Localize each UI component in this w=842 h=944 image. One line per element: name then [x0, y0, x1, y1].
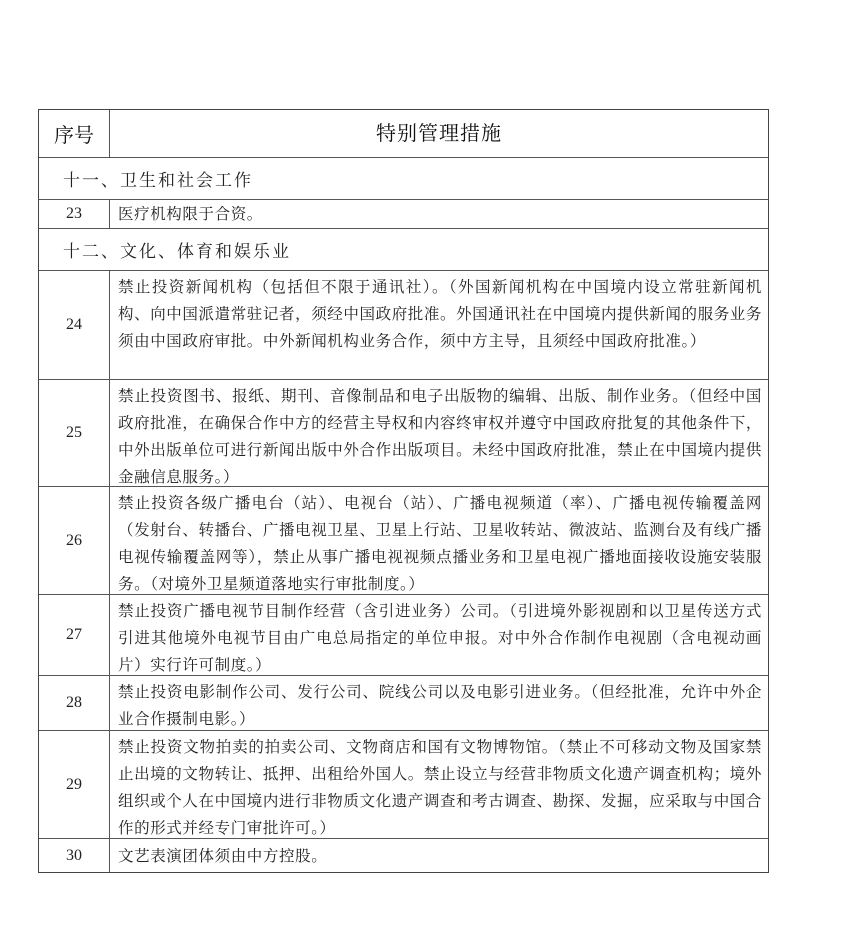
- row-number: 29: [39, 731, 110, 838]
- row-text: 禁止投资广播电视节目制作经营（含引进业务）公司。（引进境外影视剧和以卫星传送方式…: [110, 595, 768, 675]
- header-measure-col: 特别管理措施: [110, 110, 768, 157]
- table-row: 29 禁止投资文物拍卖的拍卖公司、文物商店和国有文物博物馆。（禁止不可移动文物及…: [39, 730, 768, 838]
- table-row: 26 禁止投资各级广播电台（站）、电视台（站）、广播电视频道（率）、广播电视传输…: [39, 486, 768, 594]
- section-row: 十二、文化、体育和娱乐业: [39, 228, 768, 270]
- row-text: 文艺表演团体须由中方控股。: [110, 839, 768, 872]
- table-header-row: 序号 特别管理措施: [39, 110, 768, 157]
- table-row: 24 禁止投资新闻机构（包括但不限于通讯社）。（外国新闻机构在中国境内设立常驻新…: [39, 270, 768, 379]
- row-number: 27: [39, 595, 110, 675]
- table-row: 23 医疗机构限于合资。: [39, 199, 768, 228]
- row-number: 30: [39, 839, 110, 872]
- row-number: 24: [39, 271, 110, 379]
- row-text: 医疗机构限于合资。: [110, 200, 768, 228]
- table-row: 28 禁止投资电影制作公司、发行公司、院线公司以及电影引进业务。（但经批准，允许…: [39, 675, 768, 730]
- table-row: 30 文艺表演团体须由中方控股。: [39, 838, 768, 872]
- row-text: 禁止投资新闻机构（包括但不限于通讯社）。（外国新闻机构在中国境内设立常驻新闻机构…: [110, 271, 768, 379]
- section-title: 十一、卫生和社会工作: [39, 166, 253, 191]
- special-measures-table: 序号 特别管理措施 十一、卫生和社会工作 23 医疗机构限于合资。 十二、文化、…: [38, 109, 769, 873]
- section-row: 十一、卫生和社会工作: [39, 157, 768, 199]
- row-number: 28: [39, 676, 110, 730]
- row-text: 禁止投资电影制作公司、发行公司、院线公司以及电影引进业务。（但经批准，允许中外企…: [110, 676, 768, 730]
- table-row: 27 禁止投资广播电视节目制作经营（含引进业务）公司。（引进境外影视剧和以卫星传…: [39, 594, 768, 675]
- section-title: 十二、文化、体育和娱乐业: [39, 237, 291, 262]
- table-row: 25 禁止投资图书、报纸、期刊、音像制品和电子出版物的编辑、出版、制作业务。（但…: [39, 379, 768, 486]
- row-number: 23: [39, 200, 110, 228]
- row-number: 25: [39, 380, 110, 486]
- row-text: 禁止投资图书、报纸、期刊、音像制品和电子出版物的编辑、出版、制作业务。（但经中国…: [110, 380, 768, 486]
- header-number-col: 序号: [39, 110, 110, 157]
- row-text: 禁止投资各级广播电台（站）、电视台（站）、广播电视频道（率）、广播电视传输覆盖网…: [110, 487, 768, 594]
- row-number: 26: [39, 487, 110, 594]
- row-text: 禁止投资文物拍卖的拍卖公司、文物商店和国有文物博物馆。（禁止不可移动文物及国家禁…: [110, 731, 768, 838]
